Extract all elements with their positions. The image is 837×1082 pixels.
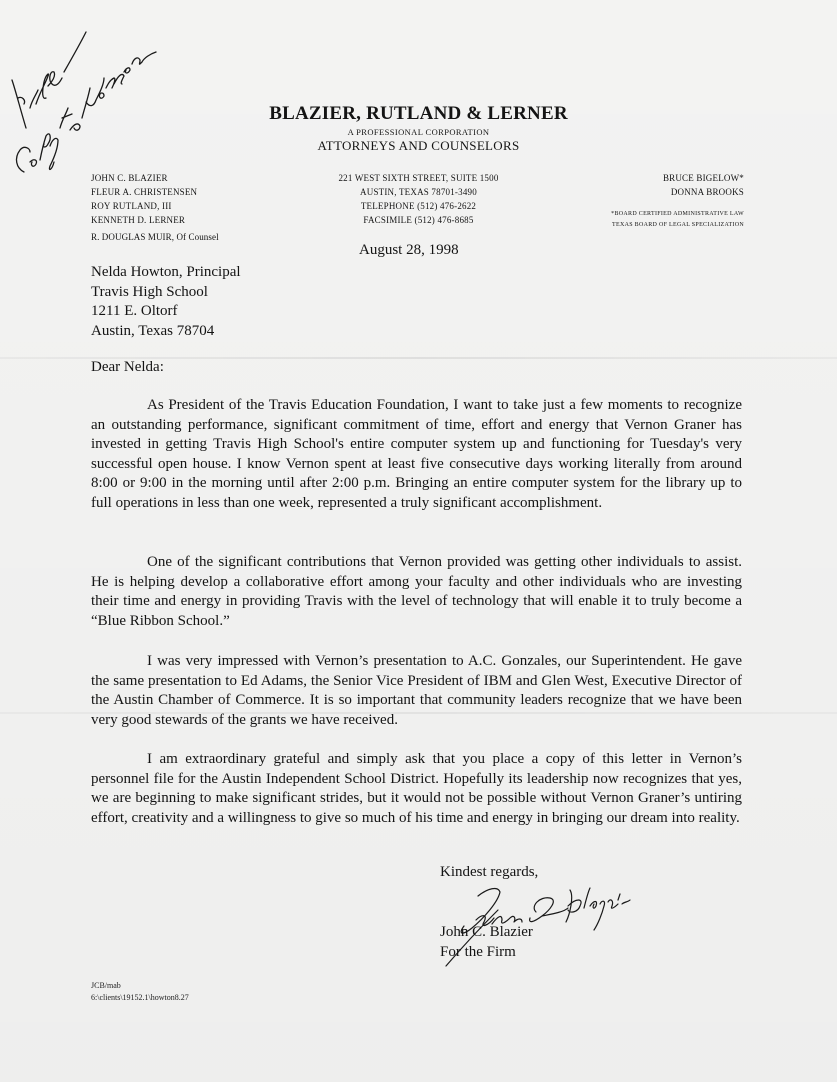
certification-note: *BOARD CERTIFIED ADMINISTRATIVE LAW TEXA… — [611, 209, 744, 231]
signer-name: John C. Blazier — [440, 922, 533, 942]
body-paragraph: As President of the Travis Education Fou… — [91, 396, 742, 513]
letter-date: August 28, 1998 — [359, 242, 459, 259]
signer-title: For the Firm — [440, 942, 533, 962]
body-paragraph: One of the significant contributions tha… — [91, 553, 742, 631]
recipient-address: Nelda Howton, Principal Travis High Scho… — [91, 263, 241, 341]
salutation: Dear Nelda: — [91, 359, 164, 376]
of-counsel: R. DOUGLAS MUIR, Of Counsel — [91, 232, 219, 242]
signer-block: John C. Blazier For the Firm — [440, 922, 533, 962]
firm-name: BLAZIER, RUTLAND & LERNER — [0, 103, 837, 125]
associate-name: BRUCE BIGELOW* — [663, 171, 744, 185]
certification-line: *BOARD CERTIFIED ADMINISTRATIVE LAW — [611, 209, 744, 220]
certification-line: TEXAS BOARD OF LEGAL SPECIALIZATION — [611, 220, 744, 231]
letter-page: BLAZIER, RUTLAND & LERNER A PROFESSIONAL… — [0, 0, 837, 1082]
firm-tagline: ATTORNEYS AND COUNSELORS — [0, 138, 837, 154]
recipient-line: Austin, Texas 78704 — [91, 322, 241, 342]
associates-list: BRUCE BIGELOW* DONNA BROOKS — [663, 171, 744, 199]
recipient-line: 1211 E. Oltorf — [91, 302, 241, 322]
associate-name: DONNA BROOKS — [663, 185, 744, 199]
file-path: 6:\clients\19152.1\howton8.27 — [91, 992, 189, 1004]
recipient-line: Nelda Howton, Principal — [91, 263, 241, 283]
firm-subtitle: A PROFESSIONAL CORPORATION — [0, 127, 837, 137]
body-paragraph: I am extraordinary grateful and simply a… — [91, 750, 742, 828]
reference-notation: JCB/mab 6:\clients\19152.1\howton8.27 — [91, 980, 189, 1004]
body-paragraph: I was very impressed with Vernon’s prese… — [91, 652, 742, 730]
handwritten-annotation-icon — [0, 0, 200, 200]
typist-initials: JCB/mab — [91, 980, 189, 992]
recipient-line: Travis High School — [91, 283, 241, 303]
